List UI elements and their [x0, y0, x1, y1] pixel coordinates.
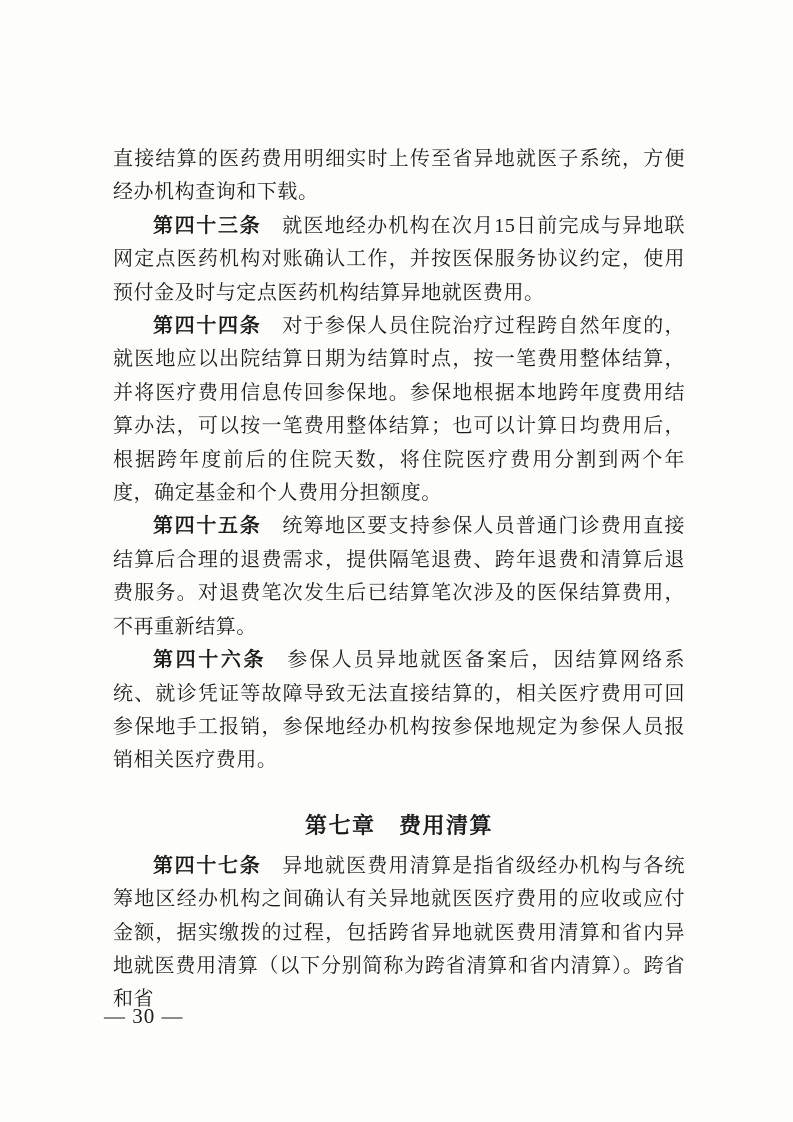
- document-content: 直接结算的医药费用明细实时上传至省异地就医子系统，方便经办机构查询和下载。 第四…: [113, 143, 685, 1017]
- article-44-term: 第四十四条: [153, 315, 261, 337]
- document-page: 直接结算的医药费用明细实时上传至省异地就医子系统，方便经办机构查询和下载。 第四…: [0, 0, 793, 1122]
- article-47-paragraph: 第四十七条异地就医费用清算是指省级经办机构与各统筹地区经办机构之间确认有关异地就…: [113, 850, 685, 1017]
- chapter-heading: 第七章 费用清算: [113, 809, 685, 842]
- article-45-term: 第四十五条: [153, 515, 261, 537]
- article-46-paragraph: 第四十六条参保人员异地就医备案后，因结算网络系统、就诊凭证等故障导致无法直接结算…: [113, 644, 685, 778]
- article-43-paragraph: 第四十三条就医地经办机构在次月15日前完成与异地联网定点医药机构对账确认工作，并…: [113, 210, 685, 310]
- article-44-text: 对于参保人员住院治疗过程跨自然年度的，就医地应以出院结算日期为结算时点，按一笔费…: [113, 315, 685, 504]
- article-47-term: 第四十七条: [153, 855, 261, 877]
- paragraph-continuation: 直接结算的医药费用明细实时上传至省异地就医子系统，方便经办机构查询和下载。: [113, 143, 685, 210]
- article-43-term: 第四十三条: [153, 215, 261, 237]
- article-44-paragraph: 第四十四条对于参保人员住院治疗过程跨自然年度的，就医地应以出院结算日期为结算时点…: [113, 310, 685, 510]
- article-47-text: 异地就医费用清算是指省级经办机构与各统筹地区经办机构之间确认有关异地就医医疗费用…: [113, 855, 685, 1011]
- page-number: — 30 —: [104, 1004, 184, 1029]
- article-45-paragraph: 第四十五条统筹地区要支持参保人员普通门诊费用直接结算后合理的退费需求，提供隔笔退…: [113, 510, 685, 644]
- article-46-term: 第四十六条: [153, 649, 266, 671]
